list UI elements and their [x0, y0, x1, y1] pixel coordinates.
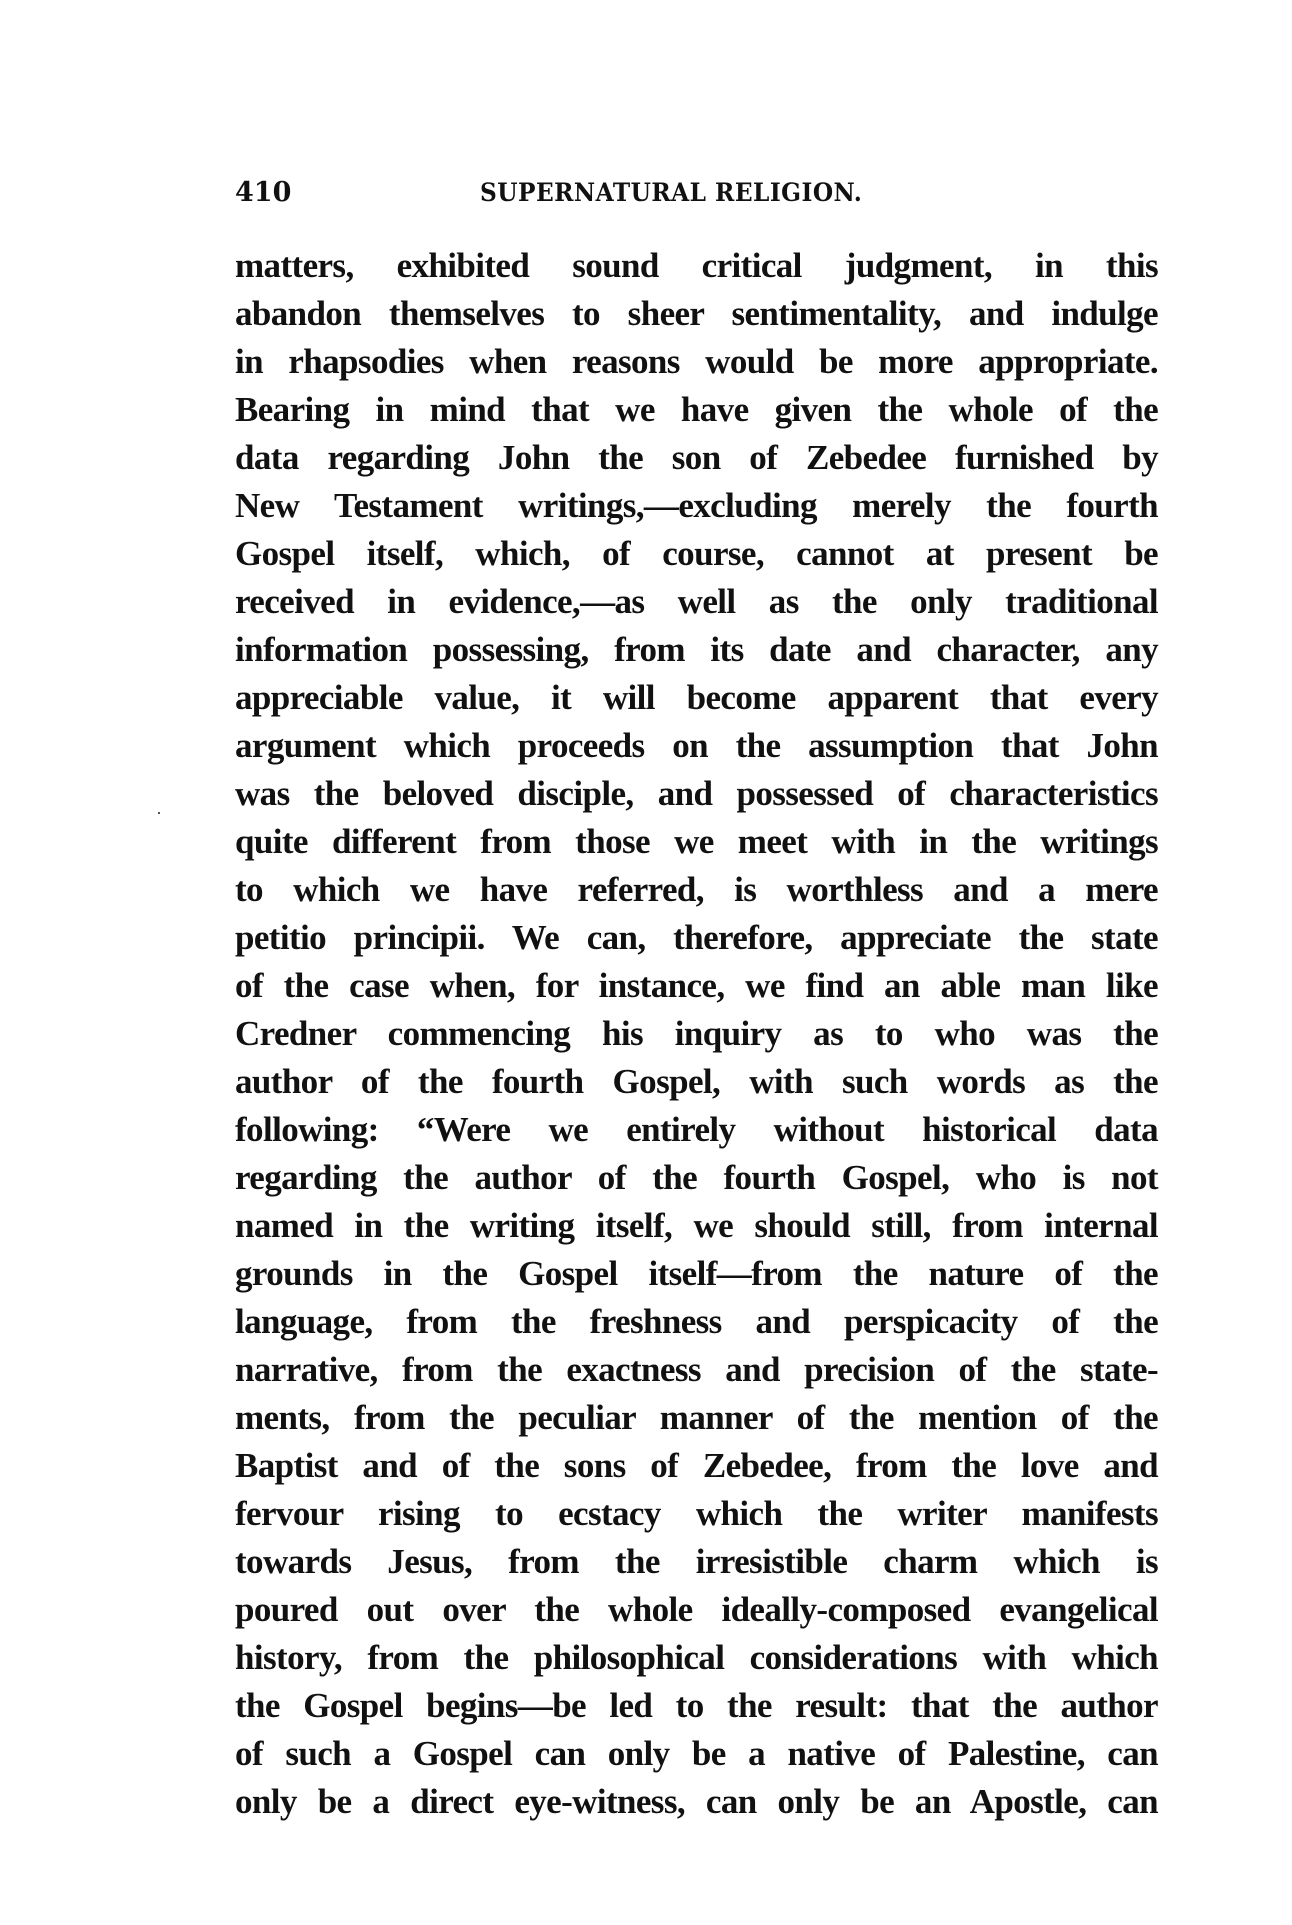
text-line: grounds in the Gospel itself—from the na…	[235, 1250, 1158, 1298]
text-line: in rhapsodies when reasons would be more…	[235, 338, 1158, 386]
text-line: of the case when, for instance, we find …	[235, 962, 1158, 1010]
running-head: 410 SUPERNATURAL RELIGION.	[235, 178, 1158, 208]
text-line: towards Jesus, from the irresistible cha…	[235, 1538, 1158, 1586]
scan-speck	[158, 812, 160, 814]
text-line: information possessing, from its date an…	[235, 626, 1158, 674]
text-line: narrative, from the exactness and precis…	[235, 1346, 1158, 1394]
text-line: Gospel itself, which, of course, cannot …	[235, 530, 1158, 578]
text-line: New Testament writings,—excluding merely…	[235, 482, 1158, 530]
text-line: petitio principii. We can, therefore, ap…	[235, 914, 1158, 962]
text-line: received in evidence,—as well as the onl…	[235, 578, 1158, 626]
text-line: appreciable value, it will become appare…	[235, 674, 1158, 722]
text-line: only be a direct eye-witness, can only b…	[235, 1778, 1158, 1826]
text-line: following: “Were we entirely without his…	[235, 1106, 1158, 1154]
book-page: 410 SUPERNATURAL RELIGION. matters, exhi…	[0, 0, 1292, 1925]
text-line: history, from the philosophical consider…	[235, 1634, 1158, 1682]
text-line: language, from the freshness and perspic…	[235, 1298, 1158, 1346]
running-title: SUPERNATURAL RELIGION.	[480, 178, 878, 208]
text-line: named in the writing itself, we should s…	[235, 1202, 1158, 1250]
text-line: matters, exhibited sound critical judgme…	[235, 242, 1158, 290]
text-line: quite different from those we meet with …	[235, 818, 1158, 866]
text-line: Baptist and of the sons of Zebedee, from…	[235, 1442, 1158, 1490]
text-line: data regarding John the son of Zebedee f…	[235, 434, 1158, 482]
text-line: argument which proceeds on the assumptio…	[235, 722, 1158, 770]
page-number: 410	[235, 178, 291, 208]
text-line: regarding the author of the fourth Gospe…	[235, 1154, 1158, 1202]
body-paragraph: matters, exhibited sound critical judgme…	[235, 242, 1158, 1826]
text-line: fervour rising to ecstacy which the writ…	[235, 1490, 1158, 1538]
text-line: the Gospel begins—be led to the result: …	[235, 1682, 1158, 1730]
text-line: Bearing in mind that we have given the w…	[235, 386, 1158, 434]
text-line: of such a Gospel can only be a native of…	[235, 1730, 1158, 1778]
text-line: abandon themselves to sheer sentimentali…	[235, 290, 1158, 338]
text-line: author of the fourth Gospel, with such w…	[235, 1058, 1158, 1106]
text-line: to which we have referred, is worthless …	[235, 866, 1158, 914]
text-line: poured out over the whole ideally-compos…	[235, 1586, 1158, 1634]
text-line: Credner commencing his inquiry as to who…	[235, 1010, 1158, 1058]
text-line: ments, from the peculiar manner of the m…	[235, 1394, 1158, 1442]
text-line: was the beloved disciple, and possessed …	[235, 770, 1158, 818]
